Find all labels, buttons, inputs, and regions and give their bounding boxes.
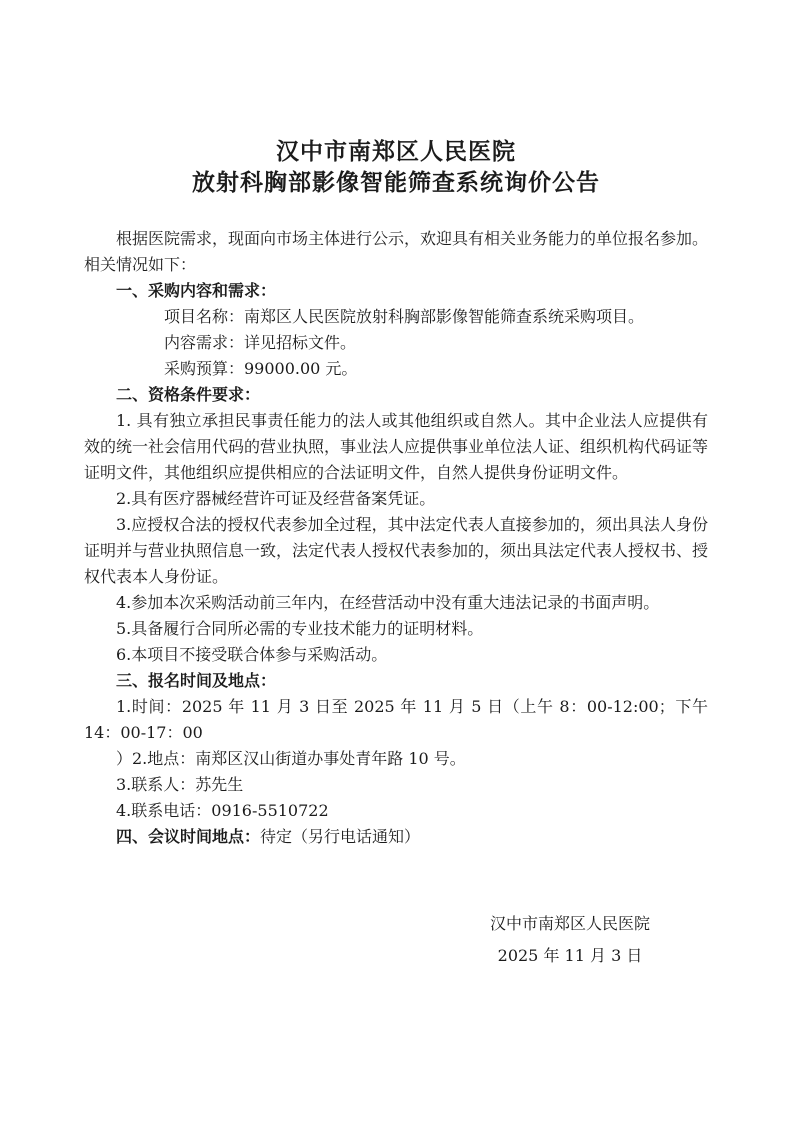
document-page: 汉中市南郑区人民医院 放射科胸部影像智能筛查系统询价公告 根据医院需求，现面向市… — [0, 0, 792, 1121]
signature-block: 汉中市南郑区人民医院 2025 年 11 月 3 日 — [490, 908, 650, 972]
signature-date: 2025 年 11 月 3 日 — [498, 940, 643, 972]
document-title-line1: 汉中市南郑区人民医院 — [84, 136, 708, 167]
doc-paragraph: 2.具有医疗器械经营许可证及经营备案凭证。 — [84, 486, 708, 512]
document-title: 汉中市南郑区人民医院 放射科胸部影像智能筛查系统询价公告 — [84, 136, 708, 198]
doc-paragraph: 5.具备履行合同所必需的专业技术能力的证明材料。 — [84, 616, 708, 642]
doc-paragraph: 4.联系电话：0916-5510722 — [84, 798, 708, 824]
doc-paragraph: 内容需求：详见招标文件。 — [84, 330, 708, 356]
section-heading-inline: 四、会议时间地点： — [116, 827, 260, 846]
section-heading: 二、资格条件要求： — [84, 382, 708, 408]
doc-paragraph: 四、会议时间地点：待定（另行电话通知） — [84, 824, 708, 850]
doc-paragraph: 采购预算：99000.00 元。 — [84, 356, 708, 382]
doc-paragraph: 1.时间：2025 年 11 月 3 日至 2025 年 11 月 5 日（上午… — [84, 694, 708, 746]
doc-paragraph: 项目名称：南郑区人民医院放射科胸部影像智能筛查系统采购项目。 — [84, 304, 708, 330]
signature-organization: 汉中市南郑区人民医院 — [490, 908, 650, 940]
doc-paragraph: 3.联系人：苏先生 — [84, 772, 708, 798]
section-heading: 一、采购内容和需求： — [84, 278, 708, 304]
section-heading: 三、报名时间及地点： — [84, 668, 708, 694]
doc-paragraph: ）2.地点：南郑区汉山街道办事处青年路 10 号。 — [84, 746, 708, 772]
doc-paragraph: 3.应授权合法的授权代表参加全过程，其中法定代表人直接参加的，须出具法人身份证明… — [84, 512, 708, 590]
doc-paragraph: 根据医院需求，现面向市场主体进行公示，欢迎具有相关业务能力的单位报名参加。相关情… — [84, 226, 708, 278]
document-body: 根据医院需求，现面向市场主体进行公示，欢迎具有相关业务能力的单位报名参加。相关情… — [84, 226, 708, 850]
doc-paragraph: 4.参加本次采购活动前三年内，在经营活动中没有重大违法记录的书面声明。 — [84, 590, 708, 616]
doc-paragraph: 6.本项目不接受联合体参与采购活动。 — [84, 642, 708, 668]
document-title-line2: 放射科胸部影像智能筛查系统询价公告 — [84, 167, 708, 198]
doc-paragraph: 1. 具有独立承担民事责任能力的法人或其他组织或自然人。其中企业法人应提供有效的… — [84, 408, 708, 486]
